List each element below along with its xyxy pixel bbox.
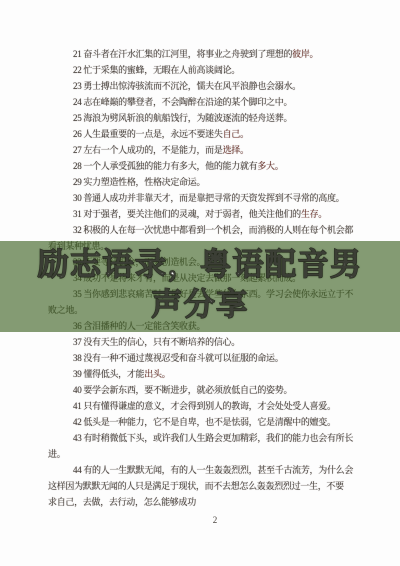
quote-line: 42 低头是一种能力，它不是自卑，也不是怯弱，它是清醒中的嬗变。	[0, 414, 400, 430]
video-title: 励志语录，粤语配音男声分享	[30, 245, 370, 325]
quote-line: 38 没有一种不通过蔑视忍受和奋斗就可以征服的命运。	[0, 350, 400, 366]
quote-line: 29 实力塑造性格，性格决定命运。	[0, 174, 400, 190]
quote-line: 32 积极的人在每一次忧患中都看到一个机会，而消极的人则在每个机会都	[0, 222, 400, 238]
quote-line: 这样因为默默无闻的人只是满足于现状，而不去想怎么轰轰烈烈过一生，不要	[0, 478, 400, 494]
quote-line: 27 左右一个人成功的，不是能力，而是选择。	[0, 142, 400, 158]
title-overlay-band: 励志语录，粤语配音男声分享	[0, 241, 400, 332]
quote-line: 28 一个人承受孤独的能力有多大，他的能力就有多大。	[0, 158, 400, 174]
document-page: 21 奋斗者在汗水汇集的江河里，将事业之舟驶到了理想的彼岸。22 忙于采集的蜜蜂…	[0, 0, 400, 566]
quote-line: 43 有时稍微低下头，或许我们人生路会更加精彩，我们的能力也会有所长	[0, 430, 400, 446]
quote-line: 进。	[0, 446, 400, 462]
page-number: 2	[30, 515, 400, 525]
quote-line: 39 懂得低头，才能出头。	[0, 366, 400, 382]
quote-line: 44 有的人一生默默无闻，有的人一生轰轰烈烈，甚至千古流芳，为什么会	[0, 462, 400, 478]
quote-line: 求自己，去做，去行动，怎么能够成功	[0, 494, 400, 510]
quote-line: 24 志在峰巅的攀登者，不会陶醉在沿途的某个脚印之中。	[0, 94, 400, 110]
quote-line: 37 没有天生的信心，只有不断培养的信心。	[0, 334, 400, 350]
quote-line: 40 要学会新东西，要不断进步，就必须放低自己的姿势。	[0, 382, 400, 398]
quote-line: 25 海浪为劈风斩浪的航船饯行，为随波逐流的轻舟送葬。	[0, 110, 400, 126]
quote-line: 21 奋斗者在汗水汇集的江河里，将事业之舟驶到了理想的彼岸。	[0, 46, 400, 62]
quote-line: 41 只有懂得谦虚的意义，才会得到别人的教诲，才会处处受人喜爱。	[0, 398, 400, 414]
quote-line: 26 人生最重要的一点是，永远不要迷失自己。	[0, 126, 400, 142]
quote-line: 31 对于强者，要关注他们的灵魂，对于弱者，他关注他们的生存。	[0, 206, 400, 222]
quote-line: 30 普通人成功并非靠天才，而是靠把寻常的天资发挥到不寻常的高度。	[0, 190, 400, 206]
quote-line: 23 勇士搏出惊涛骇流而不沉沦，懦夫在风平浪静也会溺水。	[0, 78, 400, 94]
quote-line: 22 忙于采集的蜜蜂，无暇在人前高谈阔论。	[0, 62, 400, 78]
